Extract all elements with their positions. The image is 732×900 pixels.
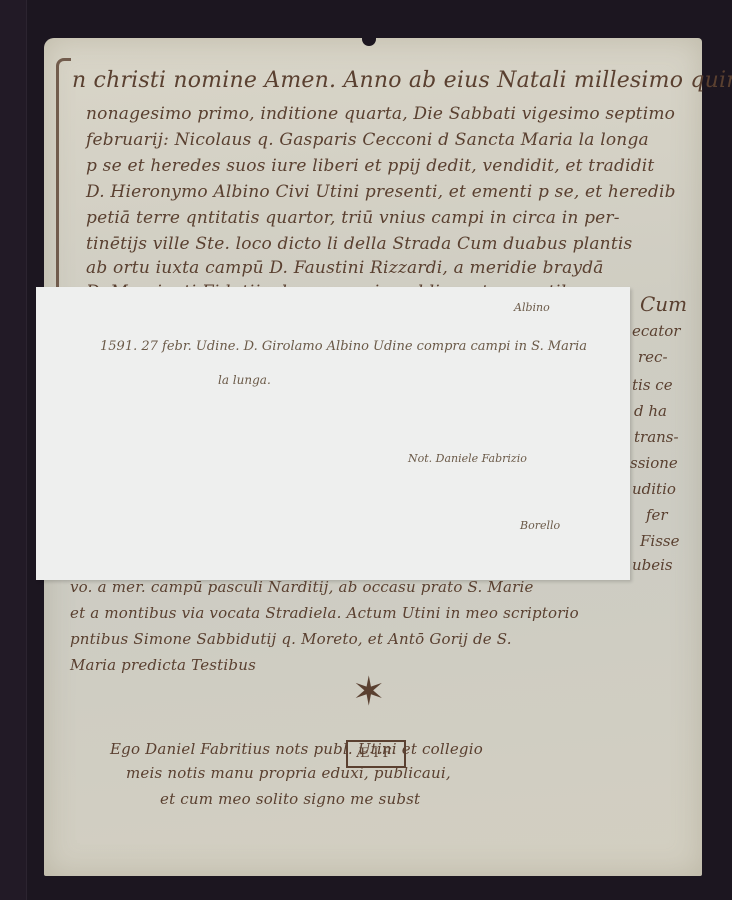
text-line: tinētijs ville Ste. loco dicto li della … (86, 234, 632, 254)
note-corner-name: Albino (514, 301, 550, 314)
margin-fragment: tis ce (632, 376, 673, 394)
margin-fragment: ubeis (632, 556, 673, 574)
pasted-archival-note: Albino 1591. 27 febr. Udine. D. Girolamo… (36, 287, 630, 580)
margin-fragment: fer (646, 506, 668, 524)
subscription-line: Ego Daniel Fabritius nots publ. Utini et… (110, 740, 483, 758)
text-line: februarij: Nicolaus q. Gasparis Cecconi … (86, 130, 649, 150)
subscription-line: et cum meo solito signo me subst (160, 790, 420, 808)
text-line: et a montibus via vocata Stradiela. Actu… (70, 604, 579, 622)
binding-gutter (0, 0, 27, 900)
text-line: D. Hieronymo Albino Civi Utini presenti,… (86, 182, 676, 202)
margin-fragment: ssione (630, 454, 678, 472)
note-line-1: 1591. 27 febr. Udine. D. Girolamo Albino… (100, 339, 587, 354)
margin-fragment: Cum (640, 292, 687, 316)
margin-fragment: trans- (634, 428, 679, 446)
margin-fragment: uditio (632, 480, 676, 498)
note-signature-notary: Not. Daniele Fabrizio (408, 452, 527, 465)
text-line: pntibus Simone Sabbidutij q. Moreto, et … (70, 630, 512, 648)
text-line: n christi nomine Amen. Anno ab eius Nata… (72, 68, 732, 93)
text-line: Maria predicta Testibus (70, 656, 256, 674)
text-line: ab ortu iuxta campū D. Faustini Rizzardi… (86, 258, 604, 278)
subscription-line: meis notis manu propria eduxi, publicaui… (126, 764, 451, 782)
note-line-2: la lunga. (218, 373, 271, 387)
margin-fragment: d ha (634, 402, 667, 420)
margin-fragment: rec- (638, 348, 668, 366)
margin-fragment: Fisse (640, 532, 679, 550)
margin-fragment: ecator (632, 322, 680, 340)
text-line: vo. a mer. campū pasculi Narditij, ab oc… (70, 578, 534, 596)
note-signature-borello: Borello (520, 519, 560, 532)
text-line: p se et heredes suos iure liberi et ppij… (86, 156, 654, 176)
notary-star-icon: ✶ (352, 672, 386, 712)
text-line: nonagesimo primo, inditione quarta, Die … (86, 104, 675, 124)
text-line: petiā terre qntitatis quartor, triū vniu… (86, 208, 620, 228)
